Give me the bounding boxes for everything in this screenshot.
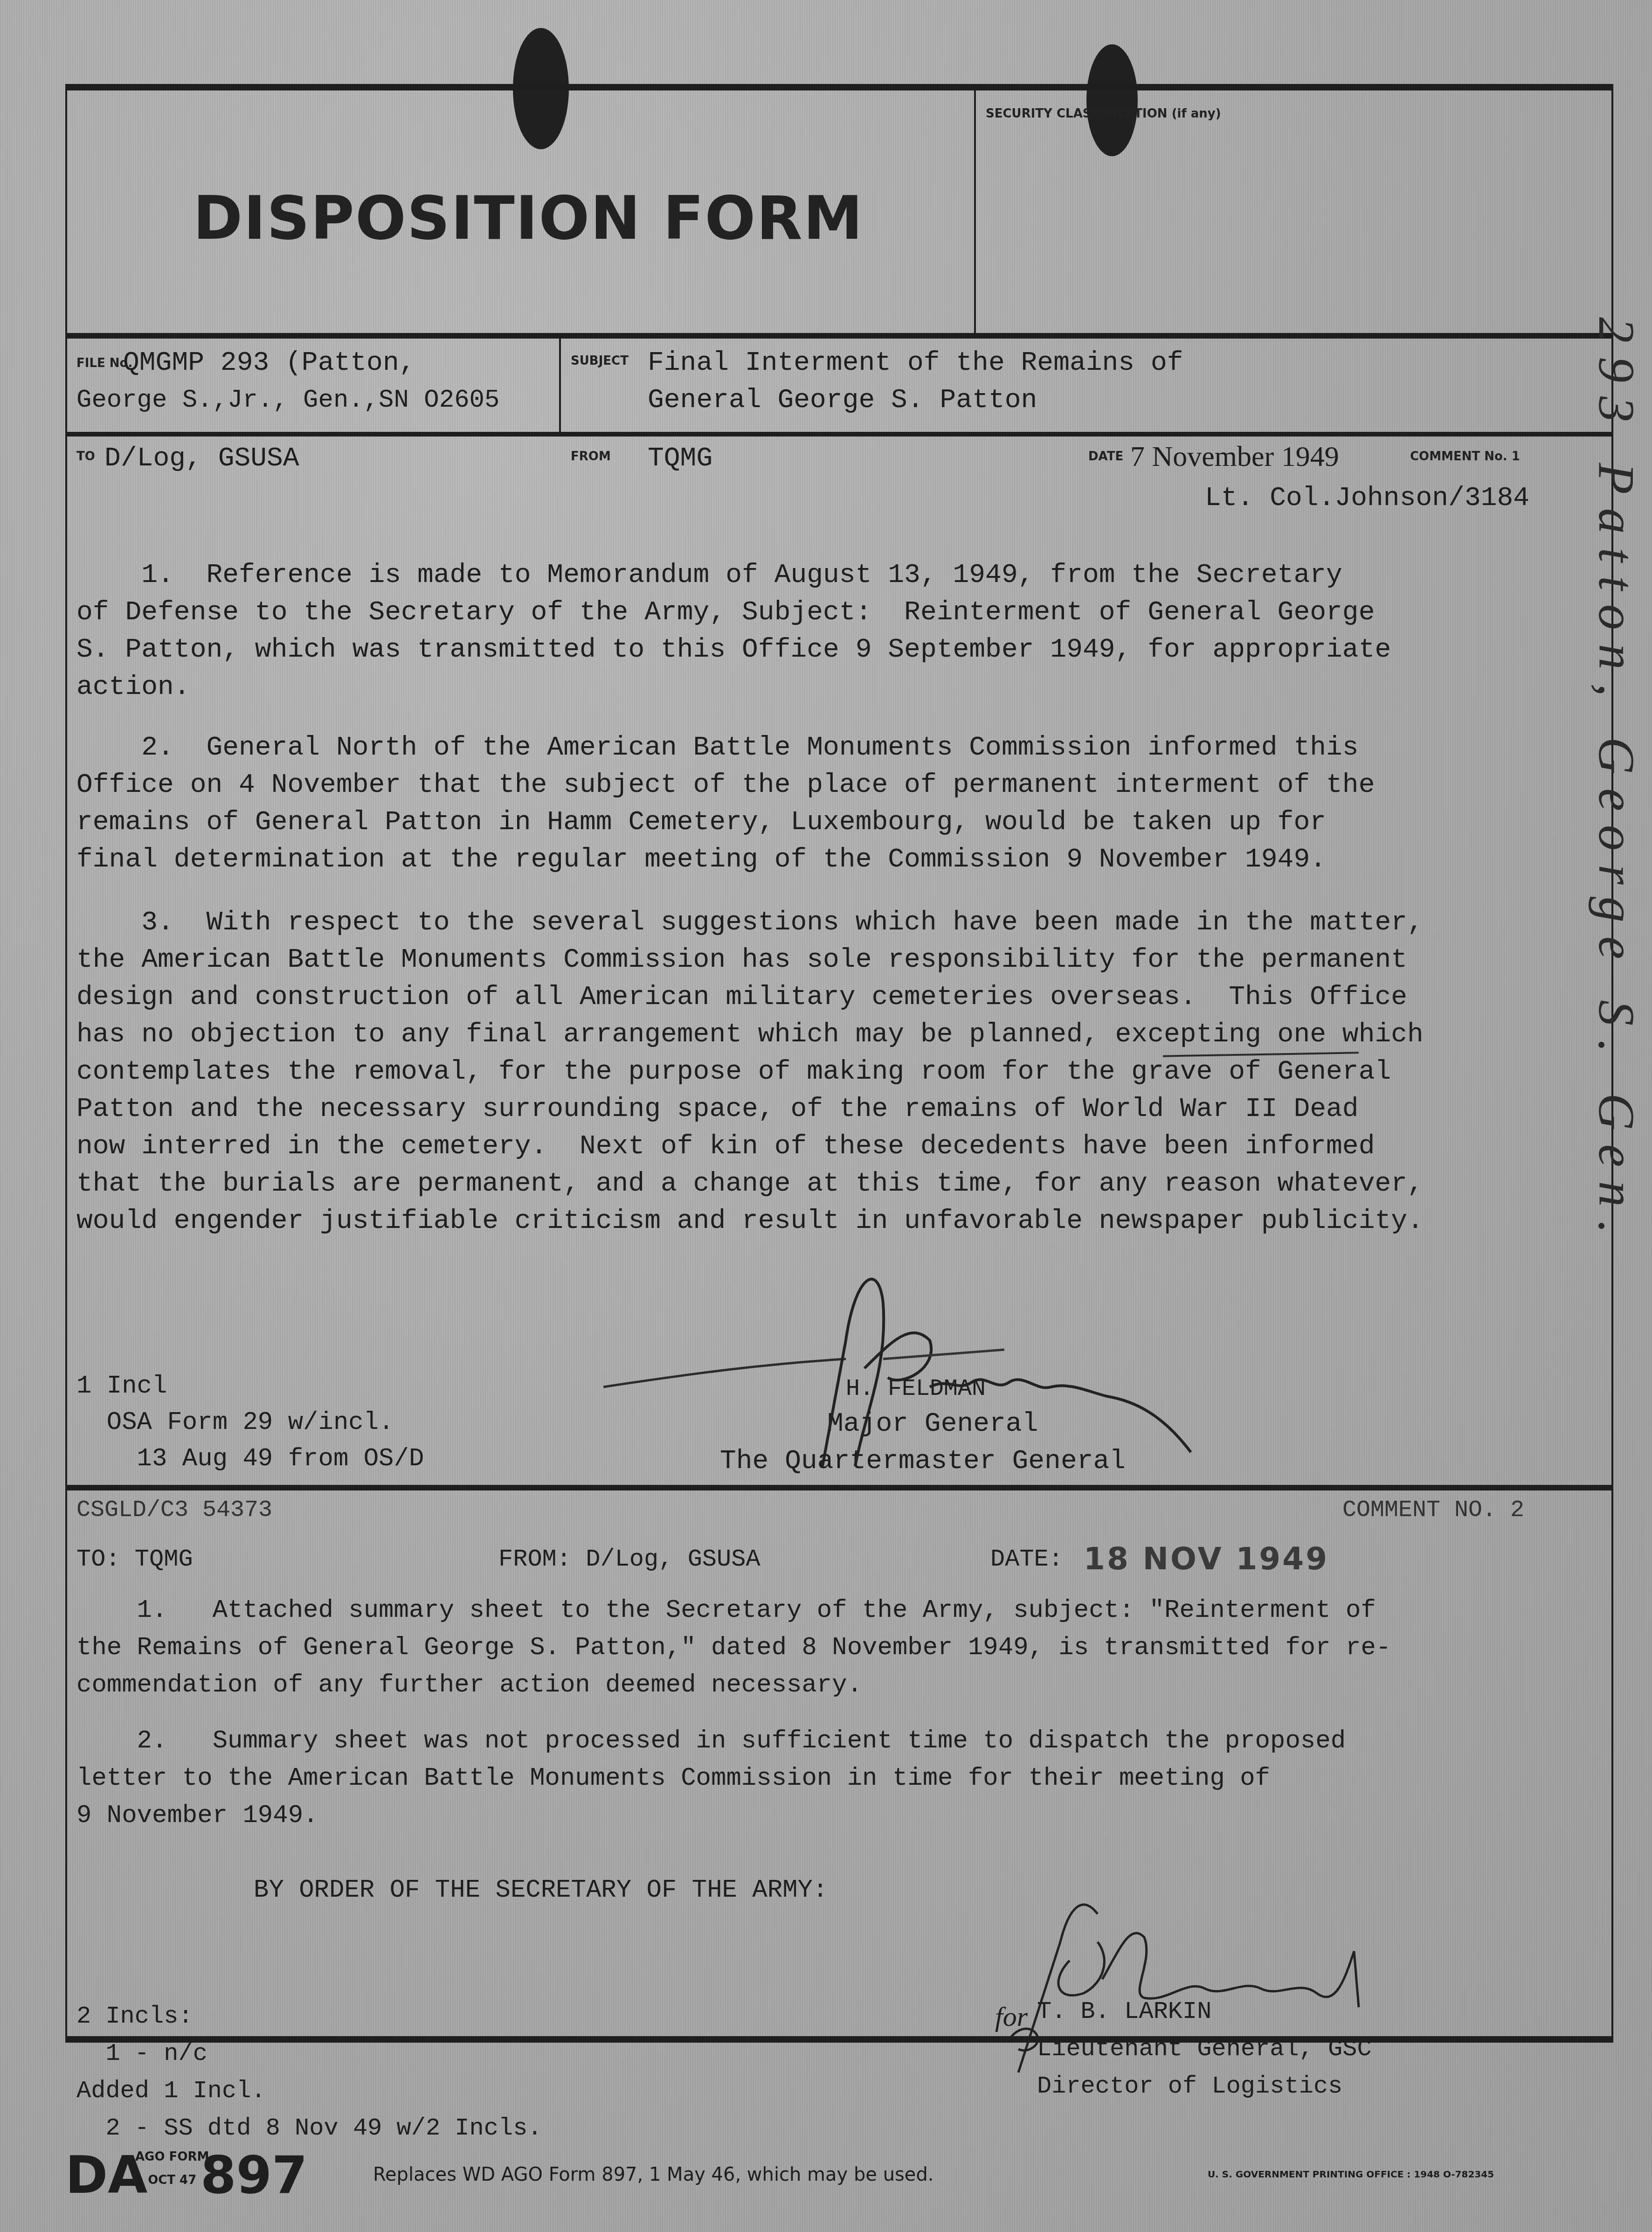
form-footer: DA AGO FORM 1 OCT 47 897 Replaces WD AGO…: [65, 2145, 1641, 2201]
footer-form-date: 1 OCT 47: [135, 2173, 196, 2187]
form-title: DISPOSITION FORM: [193, 184, 864, 253]
comment2-paragraph-1: 1. Attached summary sheet to the Secreta…: [76, 1592, 1391, 1704]
file-no-line1: QMGMP 293 (Patton,: [123, 345, 415, 382]
comment1-paragraph-2: 2. General North of the American Battle …: [76, 729, 1375, 879]
footer-ago-form: AGO FORM: [135, 2150, 209, 2164]
comment2-signer-title: Director of Logistics: [1037, 2068, 1342, 2105]
subject-label: SUBJECT: [571, 354, 629, 368]
comment1-signer-rank: Major General: [827, 1406, 1038, 1443]
divider: [67, 1485, 1611, 1490]
comment1-signer-title: The Quartermaster General: [720, 1443, 1126, 1480]
footer-printer: U. S. GOVERNMENT PRINTING OFFICE : 1948 …: [1208, 2169, 1494, 2180]
from-value: TQMG: [648, 440, 712, 478]
comment1-paragraph-1: 1. Reference is made to Memorandum of Au…: [76, 557, 1391, 706]
file-no-line2: George S.,Jr., Gen.,SN O2605: [76, 382, 499, 419]
divider: [67, 2036, 1611, 2043]
file-subject-divider: [559, 339, 561, 432]
header-divider: [974, 90, 976, 333]
divider: [67, 333, 1611, 339]
date-label: DATE: [1088, 450, 1123, 464]
disposition-form: DISPOSITION FORM SECURITY CLASSIFICATION…: [65, 84, 1613, 2043]
subject-line2: General George S. Patton: [648, 382, 1037, 419]
subject-line1: Final Interment of the Remains of: [648, 345, 1183, 382]
comment2-date-label: DATE:: [990, 1541, 1063, 1578]
comment-no-label: COMMENT No. 1: [1410, 450, 1520, 464]
comment2-reference: CSGLD/C3 54373: [76, 1492, 272, 1529]
comment2-comment-label: COMMENT NO. 2: [1342, 1492, 1524, 1529]
comment1-inclosures: 1 Incl OSA Form 29 w/incl. 13 Aug 49 fro…: [76, 1368, 424, 1477]
comment2-to: TO: TQMG: [76, 1541, 193, 1578]
comment1-paragraph-3: 3. With respect to the several suggestio…: [76, 904, 1424, 1240]
comment1-signer-name: H. FELDMAN: [846, 1371, 986, 1408]
margin-note-text: 293 Patton, George S. Gen.: [1587, 317, 1646, 1248]
to-value: D/Log, GSUSA: [104, 440, 299, 478]
from-label: FROM: [571, 450, 611, 464]
comment2-paragraph-2: 2. Summary sheet was not processed in su…: [76, 1723, 1346, 1835]
comment-no-value: 1: [1512, 450, 1520, 464]
margin-handwriting: 293 Patton, George S. Gen.: [1618, 317, 1651, 1716]
divider: [67, 432, 1611, 437]
signer-for: for: [995, 1998, 1028, 2035]
originator: Lt. Col.Johnson/3184: [1205, 480, 1529, 517]
comment2-date-stamp: 18 NOV 1949: [1084, 1541, 1329, 1577]
comment2-inclosures: 2 Incls: 1 - n/c Added 1 Incl. 2 - SS dt…: [76, 1998, 542, 2147]
date-value: 7 November 1949: [1130, 438, 1339, 475]
by-order-line: BY ORDER OF THE SECRETARY OF THE ARMY:: [254, 1872, 828, 1909]
footer-replaces-note: Replaces WD AGO Form 897, 1 May 46, whic…: [373, 2164, 934, 2185]
to-label: TO: [76, 450, 95, 464]
security-classification-label: SECURITY CLASSIFICATION (if any): [986, 107, 1221, 121]
comment2-signer-name: T. B. LARKIN: [1037, 1993, 1211, 2031]
footer-form-number: 897: [200, 2145, 308, 2205]
comment2-from: FROM: D/Log, GSUSA: [498, 1541, 760, 1578]
comment-no-label-text: COMMENT No.: [1410, 450, 1507, 464]
